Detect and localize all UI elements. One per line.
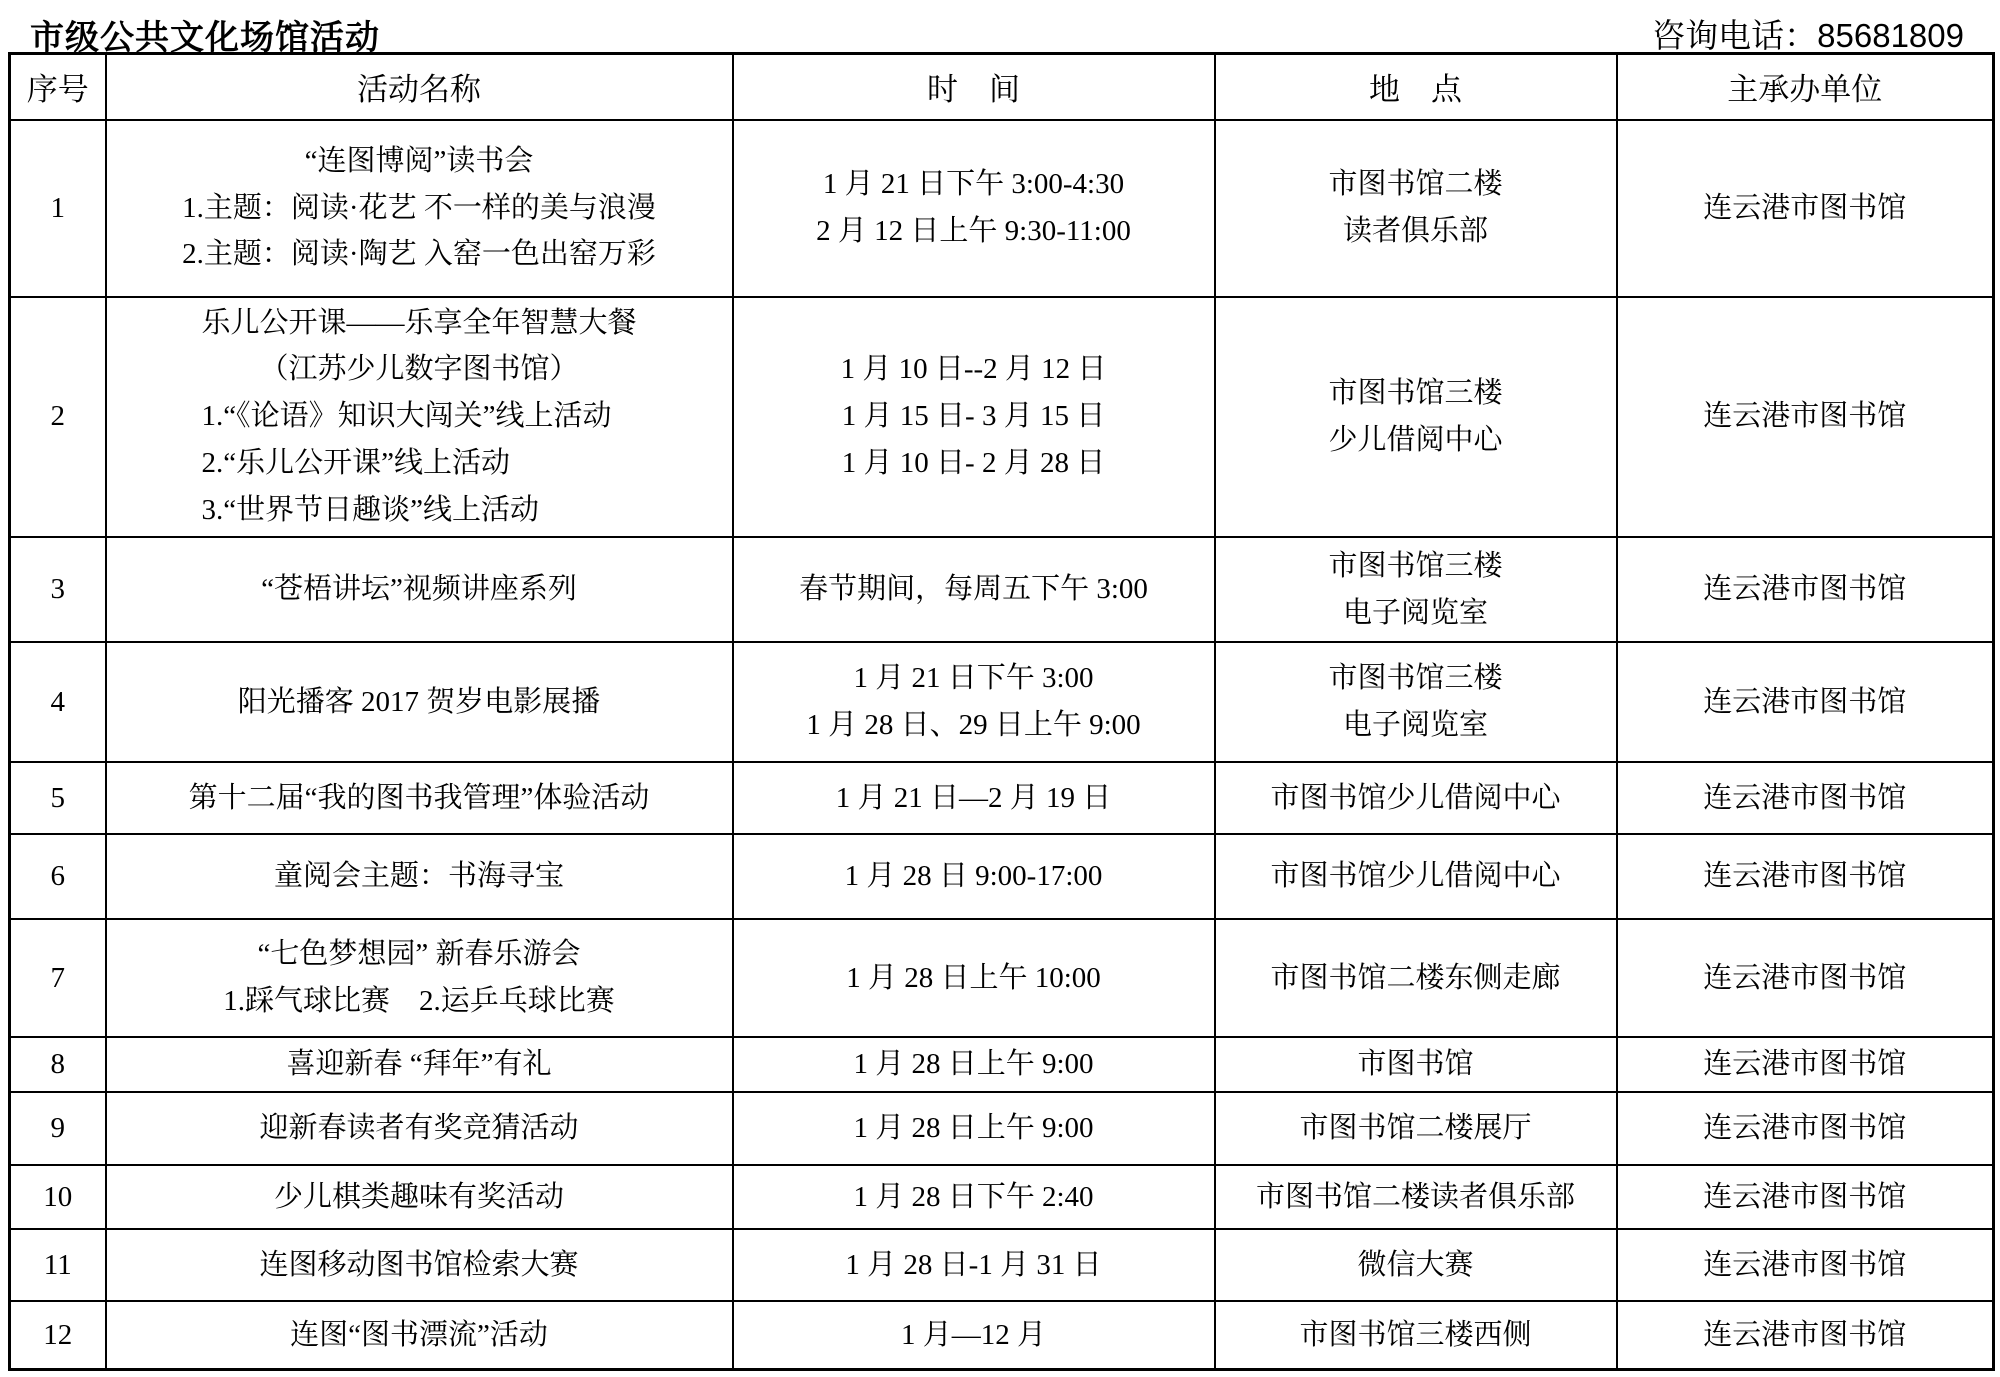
cell-location-line: 市图书馆二楼东侧走廊 [1270,955,1560,1002]
cell-number: 3 [10,537,106,642]
cell-location-lines: 市图书馆二楼东侧走廊 [1270,955,1560,1002]
cell-number: 10 [10,1165,106,1229]
cell-location: 微信大赛 [1215,1229,1617,1301]
cell-organizer: 连云港市图书馆 [1617,919,1994,1037]
cell-time-line: 1 月 28 日下午 2:40 [853,1174,1093,1221]
cell-number: 6 [10,834,106,919]
cell-activity-line: “七色梦想园” 新春乐游会 [223,931,615,978]
cell-time-line: 1 月 21 日下午 3:00-4:30 [816,161,1131,208]
cell-time-line: 春节期间，每周五下午 3:00 [799,566,1148,613]
cell-time: 1 月 21 日—2 月 19 日 [733,762,1215,834]
cell-time: 1 月 28 日下午 2:40 [733,1165,1215,1229]
cell-time-lines: 1 月 28 日-1 月 31 日 [845,1242,1101,1289]
cell-location-line: 电子阅览室 [1328,702,1502,749]
cell-activity-lines: 第十二届“我的图书我管理”体验活动 [189,775,650,822]
cell-activity-lines: 阳光播客 2017 贺岁电影展播 [238,679,601,726]
cell-location-line: 市图书馆三楼 [1328,655,1502,702]
cell-location: 市图书馆二楼东侧走廊 [1215,919,1617,1037]
activities-table-body: 1“连图博阅”读书会1.主题：阅读·花艺 不一样的美与浪漫2.主题：阅读·陶艺 … [10,120,1994,1370]
cell-time-lines: 1 月 21 日下午 3:00-4:302 月 12 日上午 9:30-11:0… [816,161,1131,255]
cell-activity-lines: 喜迎新春 “拜年”有礼 [287,1041,552,1088]
cell-time: 1 月 28 日上午 9:00 [733,1037,1215,1092]
table-row: 8喜迎新春 “拜年”有礼1 月 28 日上午 9:00市图书馆连云港市图书馆 [10,1037,1994,1092]
cell-activity-line: 第十二届“我的图书我管理”体验活动 [189,775,650,822]
cell-time-line: 1 月 21 日下午 3:00 [806,655,1140,702]
cell-organizer: 连云港市图书馆 [1617,834,1994,919]
cell-time-lines: 1 月 28 日上午 10:00 [846,955,1101,1002]
cell-time: 1 月 28 日上午 9:00 [733,1092,1215,1165]
cell-activity-line: 1.“《论语》知识大闯关”线上活动 [201,393,636,440]
cell-activity-lines: “连图博阅”读书会1.主题：阅读·花艺 不一样的美与浪漫2.主题：阅读·陶艺 入… [182,138,656,279]
cell-activity-line: 乐儿公开课——乐享全年智慧大餐 [201,300,636,347]
cell-time-lines: 春节期间，每周五下午 3:00 [799,566,1148,613]
table-row: 1“连图博阅”读书会1.主题：阅读·花艺 不一样的美与浪漫2.主题：阅读·陶艺 … [10,120,1994,297]
cell-location-lines: 市图书馆二楼读者俱乐部 [1256,1174,1575,1221]
cell-time-line: 1 月 21 日—2 月 19 日 [836,775,1112,822]
cell-number: 4 [10,642,106,762]
cell-time: 1 月 10 日--2 月 12 日1 月 15 日- 3 月 15 日1 月 … [733,297,1215,538]
table-row: 4阳光播客 2017 贺岁电影展播1 月 21 日下午 3:001 月 28 日… [10,642,1994,762]
cell-time-lines: 1 月 28 日 9:00-17:00 [845,853,1103,900]
table-header: 序号 活动名称 时 间 地 点 主承办单位 [10,54,1994,120]
cell-activity-line: 阳光播客 2017 贺岁电影展播 [238,679,601,726]
cell-activity-line: 2.“乐儿公开课”线上活动 [201,440,636,487]
cell-activity: 连图移动图书馆检索大赛 [106,1229,733,1301]
page-title: 市级公共文化场馆活动 [30,10,380,59]
cell-activity-line: 迎新春读者有奖竞猜活动 [259,1105,578,1152]
phone-info: 咨询电话：85681809 [1652,10,1964,57]
cell-organizer: 连云港市图书馆 [1617,120,1994,297]
cell-time-line: 2 月 12 日上午 9:30-11:00 [816,208,1131,255]
cell-number: 1 [10,120,106,297]
cell-time: 1 月—12 月 [733,1301,1215,1369]
cell-activity-lines: “七色梦想园” 新春乐游会1.踩气球比赛 2.运乒乓球比赛 [223,931,615,1025]
cell-location-line: 市图书馆二楼读者俱乐部 [1256,1174,1575,1221]
table-row: 9迎新春读者有奖竞猜活动1 月 28 日上午 9:00市图书馆二楼展厅连云港市图… [10,1092,1994,1165]
cell-location-lines: 市图书馆 [1357,1041,1473,1088]
cell-time: 1 月 21 日下午 3:00-4:302 月 12 日上午 9:30-11:0… [733,120,1215,297]
cell-time-line: 1 月 28 日上午 10:00 [846,955,1101,1002]
cell-activity: 阳光播客 2017 贺岁电影展播 [106,642,733,762]
cell-location: 市图书馆二楼读者俱乐部 [1215,1165,1617,1229]
header-location: 地 点 [1215,54,1617,120]
table-row: 11连图移动图书馆检索大赛1 月 28 日-1 月 31 日微信大赛连云港市图书… [10,1229,1994,1301]
cell-activity-line: 连图移动图书馆检索大赛 [259,1242,578,1289]
cell-activity-line: “连图博阅”读书会 [182,138,656,185]
cell-time-line: 1 月 28 日-1 月 31 日 [845,1242,1101,1289]
table-row: 2乐儿公开课——乐享全年智慧大餐（江苏少儿数字图书馆）1.“《论语》知识大闯关”… [10,297,1994,538]
cell-activity-line: 少儿棋类趣味有奖活动 [274,1174,564,1221]
cell-location-lines: 微信大赛 [1357,1242,1473,1289]
cell-activity-line: 1.踩气球比赛 2.运乒乓球比赛 [223,978,615,1025]
cell-location-line: 少儿借阅中心 [1328,417,1502,464]
cell-time: 1 月 21 日下午 3:001 月 28 日、29 日上午 9:00 [733,642,1215,762]
cell-activity: “连图博阅”读书会1.主题：阅读·花艺 不一样的美与浪漫2.主题：阅读·陶艺 入… [106,120,733,297]
cell-activity: 连图“图书漂流”活动 [106,1301,733,1369]
cell-activity: 第十二届“我的图书我管理”体验活动 [106,762,733,834]
cell-time-line: 1 月 10 日- 2 月 28 日 [841,440,1107,487]
cell-number: 9 [10,1092,106,1165]
header-row: 序号 活动名称 时 间 地 点 主承办单位 [10,54,1994,120]
cell-time-line: 1 月—12 月 [901,1312,1046,1359]
cell-location-lines: 市图书馆二楼展厅 [1299,1105,1531,1152]
cell-location: 市图书馆少儿借阅中心 [1215,762,1617,834]
cell-location-line: 市图书馆 [1357,1041,1473,1088]
cell-time-line: 1 月 10 日--2 月 12 日 [841,346,1107,393]
topbar: 市级公共文化场馆活动 咨询电话：85681809 [0,0,2000,52]
cell-activity-line: 1.主题：阅读·花艺 不一样的美与浪漫 [182,185,656,232]
cell-activity-line: “苍梧讲坛”视频讲座系列 [261,566,577,613]
cell-organizer: 连云港市图书馆 [1617,297,1994,538]
cell-time: 1 月 28 日-1 月 31 日 [733,1229,1215,1301]
cell-activity-lines: “苍梧讲坛”视频讲座系列 [261,566,577,613]
cell-location: 市图书馆三楼西侧 [1215,1301,1617,1369]
cell-location-lines: 市图书馆三楼电子阅览室 [1328,543,1502,637]
cell-time-line: 1 月 28 日 9:00-17:00 [845,853,1103,900]
cell-organizer: 连云港市图书馆 [1617,1301,1994,1369]
table-row: 6童阅会主题：书海寻宝1 月 28 日 9:00-17:00市图书馆少儿借阅中心… [10,834,1994,919]
cell-location-lines: 市图书馆三楼电子阅览室 [1328,655,1502,749]
cell-activity-lines: 少儿棋类趣味有奖活动 [274,1174,564,1221]
cell-location-line: 市图书馆少儿借阅中心 [1270,853,1560,900]
cell-location-line: 电子阅览室 [1328,590,1502,637]
cell-activity-line: 喜迎新春 “拜年”有礼 [287,1041,552,1088]
cell-time-lines: 1 月 10 日--2 月 12 日1 月 15 日- 3 月 15 日1 月 … [841,346,1107,487]
cell-organizer: 连云港市图书馆 [1617,537,1994,642]
cell-activity-line: 连图“图书漂流”活动 [290,1312,548,1359]
cell-activity: 少儿棋类趣味有奖活动 [106,1165,733,1229]
header-time: 时 间 [733,54,1215,120]
cell-organizer: 连云港市图书馆 [1617,1165,1994,1229]
cell-number: 5 [10,762,106,834]
cell-time-line: 1 月 28 日上午 9:00 [853,1041,1093,1088]
cell-number: 12 [10,1301,106,1369]
cell-location-line: 市图书馆少儿借阅中心 [1270,775,1560,822]
cell-organizer: 连云港市图书馆 [1617,1229,1994,1301]
cell-activity: 童阅会主题：书海寻宝 [106,834,733,919]
cell-organizer: 连云港市图书馆 [1617,1092,1994,1165]
cell-activity-lines: 迎新春读者有奖竞猜活动 [259,1105,578,1152]
cell-activity-line: （江苏少儿数字图书馆） [201,346,636,393]
table-row: 10少儿棋类趣味有奖活动1 月 28 日下午 2:40市图书馆二楼读者俱乐部连云… [10,1165,1994,1229]
cell-activity: 乐儿公开课——乐享全年智慧大餐（江苏少儿数字图书馆）1.“《论语》知识大闯关”线… [106,297,733,538]
header-number: 序号 [10,54,106,120]
table-row: 12连图“图书漂流”活动1 月—12 月市图书馆三楼西侧连云港市图书馆 [10,1301,1994,1369]
cell-location: 市图书馆 [1215,1037,1617,1092]
cell-number: 11 [10,1229,106,1301]
table-row: 5第十二届“我的图书我管理”体验活动1 月 21 日—2 月 19 日市图书馆少… [10,762,1994,834]
cell-location-line: 市图书馆二楼 [1328,161,1502,208]
cell-location-line: 微信大赛 [1357,1242,1473,1289]
cell-activity: “七色梦想园” 新春乐游会1.踩气球比赛 2.运乒乓球比赛 [106,919,733,1037]
cell-location: 市图书馆少儿借阅中心 [1215,834,1617,919]
cell-location: 市图书馆三楼电子阅览室 [1215,537,1617,642]
cell-time-lines: 1 月 28 日下午 2:40 [853,1174,1093,1221]
cell-organizer: 连云港市图书馆 [1617,762,1994,834]
cell-activity-lines: 童阅会主题：书海寻宝 [274,853,564,900]
header-organizer: 主承办单位 [1617,54,1994,120]
cell-location-line: 市图书馆三楼 [1328,543,1502,590]
cell-time-line: 1 月 15 日- 3 月 15 日 [841,393,1107,440]
cell-activity-lines: 乐儿公开课——乐享全年智慧大餐（江苏少儿数字图书馆）1.“《论语》知识大闯关”线… [201,300,636,535]
cell-location-line: 市图书馆三楼 [1328,370,1502,417]
cell-organizer: 连云港市图书馆 [1617,1037,1994,1092]
cell-location: 市图书馆三楼电子阅览室 [1215,642,1617,762]
cell-time-lines: 1 月 21 日下午 3:001 月 28 日、29 日上午 9:00 [806,655,1140,749]
cell-activity-lines: 连图“图书漂流”活动 [290,1312,548,1359]
cell-activity-line: 2.主题：阅读·陶艺 入窑一色出窑万彩 [182,231,656,278]
cell-time-lines: 1 月 28 日上午 9:00 [853,1105,1093,1152]
cell-location-line: 市图书馆二楼展厅 [1299,1105,1531,1152]
cell-location-lines: 市图书馆少儿借阅中心 [1270,775,1560,822]
cell-time: 1 月 28 日 9:00-17:00 [733,834,1215,919]
cell-activity: “苍梧讲坛”视频讲座系列 [106,537,733,642]
table-row: 7“七色梦想园” 新春乐游会1.踩气球比赛 2.运乒乓球比赛1 月 28 日上午… [10,919,1994,1037]
cell-location: 市图书馆二楼读者俱乐部 [1215,120,1617,297]
cell-number: 7 [10,919,106,1037]
cell-time-lines: 1 月 21 日—2 月 19 日 [836,775,1112,822]
cell-time-lines: 1 月—12 月 [901,1312,1046,1359]
cell-activity: 迎新春读者有奖竞猜活动 [106,1092,733,1165]
cell-location-lines: 市图书馆少儿借阅中心 [1270,853,1560,900]
cell-activity-line: 童阅会主题：书海寻宝 [274,853,564,900]
cell-number: 8 [10,1037,106,1092]
cell-time-lines: 1 月 28 日上午 9:00 [853,1041,1093,1088]
cell-time: 1 月 28 日上午 10:00 [733,919,1215,1037]
cell-activity-lines: 连图移动图书馆检索大赛 [259,1242,578,1289]
header-activity-name: 活动名称 [106,54,733,120]
cell-location-line: 读者俱乐部 [1328,208,1502,255]
cell-location-lines: 市图书馆三楼少儿借阅中心 [1328,370,1502,464]
activities-table: 序号 活动名称 时 间 地 点 主承办单位 1“连图博阅”读书会1.主题：阅读·… [8,52,1995,1371]
table-row: 3“苍梧讲坛”视频讲座系列春节期间，每周五下午 3:00市图书馆三楼电子阅览室连… [10,537,1994,642]
cell-activity-line: 3.“世界节日趣谈”线上活动 [201,487,636,534]
cell-activity: 喜迎新春 “拜年”有礼 [106,1037,733,1092]
cell-location: 市图书馆三楼少儿借阅中心 [1215,297,1617,538]
cell-location-lines: 市图书馆二楼读者俱乐部 [1328,161,1502,255]
cell-location: 市图书馆二楼展厅 [1215,1092,1617,1165]
cell-location-line: 市图书馆三楼西侧 [1299,1312,1531,1359]
cell-number: 2 [10,297,106,538]
cell-time-line: 1 月 28 日上午 9:00 [853,1105,1093,1152]
cell-organizer: 连云港市图书馆 [1617,642,1994,762]
cell-location-lines: 市图书馆三楼西侧 [1299,1312,1531,1359]
cell-time: 春节期间，每周五下午 3:00 [733,537,1215,642]
cell-time-line: 1 月 28 日、29 日上午 9:00 [806,702,1140,749]
